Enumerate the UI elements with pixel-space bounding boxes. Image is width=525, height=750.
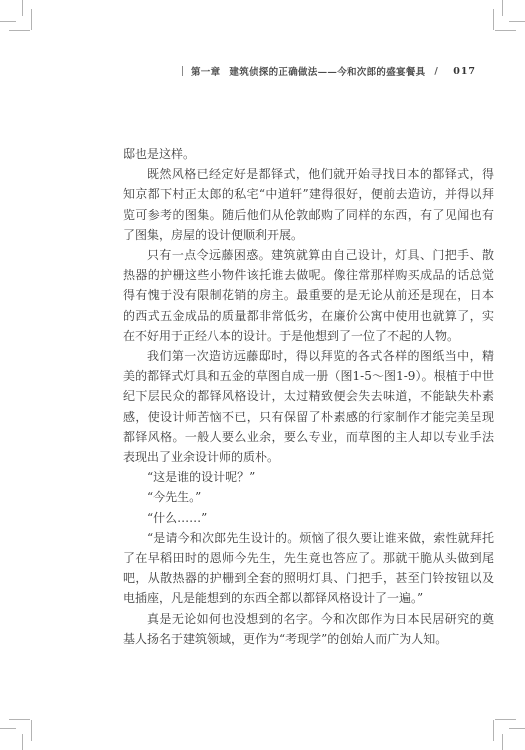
paragraph: 我们第一次造访远藤邸时，得以拜览的各式各样的图纸当中，精美的都铎式灯具和五金的草…: [123, 346, 494, 467]
header-separator: /: [434, 66, 438, 77]
paragraph: 只有一点令远藤困惑。建筑就算由自己设计，灯具、门把手、散热器的护栅这些小物件该托…: [123, 245, 494, 346]
crop-mark-bottom-right: [493, 720, 494, 741]
paragraph: “什么……”: [123, 508, 494, 528]
paragraph: “今先生。”: [123, 487, 494, 507]
crop-mark-top-right: [509, 21, 525, 22]
crop-mark-bottom-right: [509, 728, 525, 729]
crop-mark-top-right: [502, 0, 503, 16]
book-page: 第一章 建筑侦探的正确做法——今和次郎的盛宴餐具 / 017 邸也是这样。既然风…: [0, 0, 525, 750]
paragraph: “这是谁的设计呢？”: [123, 467, 494, 487]
crop-mark-bottom-left: [9, 719, 30, 720]
paragraph: 真是无论如何也没想到的名字。今和次郎作为日本民居研究的奠基人扬名于建筑领域，更作…: [123, 609, 494, 649]
crop-mark-top-left: [9, 30, 30, 31]
crop-mark-bottom-left: [0, 728, 16, 729]
chapter-label: 第一章: [191, 64, 220, 78]
crop-mark-top-left: [31, 9, 32, 30]
paragraph: 既然风格已经定好是都铎式，他们就开始寻找日本的都铎式，得知京都下村正太郎的私宅“…: [123, 164, 494, 245]
crop-mark-bottom-right: [502, 734, 503, 750]
crop-mark-top-right: [493, 9, 494, 30]
chapter-title: 建筑侦探的正确做法——今和次郎的盛宴餐具: [229, 64, 425, 78]
page-body-text: 邸也是这样。既然风格已经定好是都铎式，他们就开始寻找日本的都铎式，得知京都下村正…: [123, 144, 494, 649]
running-head: 第一章 建筑侦探的正确做法——今和次郎的盛宴餐具 / 017: [182, 64, 476, 78]
crop-mark-top-right: [495, 30, 516, 31]
page-number: 017: [453, 66, 476, 77]
running-head-divider: [182, 66, 183, 76]
crop-mark-bottom-left: [31, 720, 32, 741]
paragraph: “是请今和次郎先生设计的。烦恼了很久要让谁来做，索性就拜托了在早稻田时的恩师今先…: [123, 528, 494, 609]
crop-mark-bottom-left: [22, 734, 23, 750]
crop-mark-bottom-right: [495, 719, 516, 720]
crop-mark-top-left: [22, 0, 23, 16]
crop-mark-top-left: [0, 21, 16, 22]
paragraph: 邸也是这样。: [123, 144, 494, 164]
